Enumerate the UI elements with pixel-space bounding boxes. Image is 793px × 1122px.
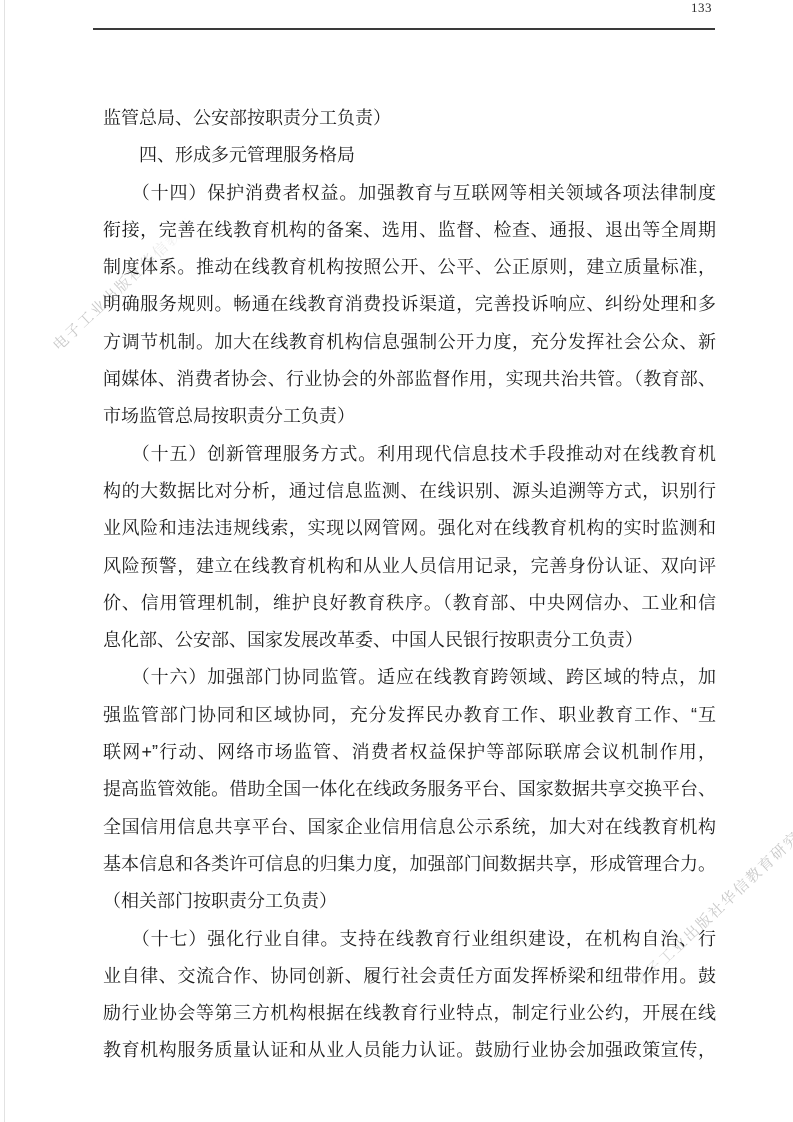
text-line: 方调节机制。加大在线教育机构信息强制公开力度，充分发挥社会公众、新	[103, 324, 716, 361]
text-line: 风险预警，建立在线教育机构和从业人员信用记录，完善身份认证、双向评	[103, 548, 716, 585]
page-number: 133	[640, 0, 712, 16]
text-line: 构的大数据比对分析，通过信息监测、在线识别、源头追溯等方式，识别行	[103, 473, 716, 510]
text-line: 业自律、交流合作、协同创新、履行社会责任方面发挥桥梁和纽带作用。鼓	[103, 958, 716, 995]
text-line: 制度体系。推动在线教育机构按照公开、公平、公正原则，建立质量标准，	[103, 249, 716, 286]
text-line: 提高监管效能。借助全国一体化在线政务服务平台、国家数据共享交换平台、	[103, 771, 716, 808]
text-line: 全国信用信息共享平台、国家企业信用信息公示系统，加大对在线教育机构	[103, 809, 716, 846]
text-line: 价、信用管理机制，维护良好教育秩序。（教育部、中央网信办、工业和信	[103, 585, 716, 622]
text-line: 息化部、公安部、国家发展改革委、中国人民银行按职责分工负责）	[103, 622, 716, 659]
page-edge-line	[4, 0, 5, 1122]
text-line: （十六）加强部门协同监管。适应在线教育跨领域、跨区域的特点，加	[103, 659, 716, 696]
text-line: 衔接，完善在线教育机构的备案、选用、监督、检查、通报、退出等全周期	[103, 212, 716, 249]
text-line: 四、形成多元管理服务格局	[103, 137, 716, 174]
text-line: 基本信息和各类许可信息的归集力度，加强部门间数据共享，形成管理合力。	[103, 846, 716, 883]
text-line: 业风险和违法违规线索，实现以网管网。强化对在线教育机构的实时监测和	[103, 510, 716, 547]
text-line: （十七）强化行业自律。支持在线教育行业组织建设，在机构自治、行	[103, 921, 716, 958]
text-line: （十五）创新管理服务方式。利用现代信息技术手段推动对在线教育机	[103, 436, 716, 473]
text-line: 明确服务规则。畅通在线教育消费投诉渠道，完善投诉响应、纠纷处理和多	[103, 286, 716, 323]
text-line: 教育机构服务质量认证和从业人员能力认证。鼓励行业协会加强政策宣传，	[103, 1032, 716, 1069]
text-line: 闻媒体、消费者协会、行业协会的外部监督作用，实现共治共管。（教育部、	[103, 361, 716, 398]
text-line: 励行业协会等第三方机构根据在线教育行业特点，制定行业公约，开展在线	[103, 995, 716, 1032]
text-line: 监管总局、公安部按职责分工负责）	[103, 100, 716, 137]
text-line: 联网+”行动、网络市场监管、消费者权益保护等部际联席会议机制作用，	[103, 734, 716, 771]
text-line: 强监管部门协同和区域协同，充分发挥民办教育工作、职业教育工作、“互	[103, 697, 716, 734]
text-line: 市场监管总局按职责分工负责）	[103, 398, 716, 435]
header-rule	[93, 28, 715, 30]
document-body: 监管总局、公安部按职责分工负责） 四、形成多元管理服务格局 （十四）保护消费者权…	[103, 100, 716, 1070]
text-line: （相关部门按职责分工负责）	[103, 883, 716, 920]
text-line: （十四）保护消费者权益。加强教育与互联网等相关领域各项法律制度	[103, 175, 716, 212]
document-page: 133 电子工业出版社华信教育研究所 电子工业出版社华信教育研究所 监管总局、公…	[0, 0, 793, 1122]
